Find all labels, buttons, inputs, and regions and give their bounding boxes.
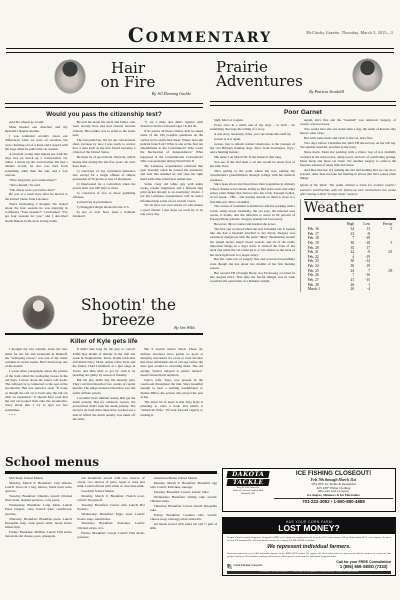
shootin-byline: By Jim Wills [174, 325, 195, 330]
weather-table-rows: Feb. 163413TFeb. 1723-8Feb. 187-18Feb. 1… [308, 227, 393, 292]
poor-garnet-column-2: Again, she's fine and the "baseball" was… [300, 118, 396, 464]
quote-of-the-week: Quote of the Week: "No walks without a l… [300, 183, 396, 196]
corn-ad-footer: Corn Farmer Lawyers Call for your FREE C… [227, 560, 391, 569]
page-body: Hair on Fire By Jill Denning Gackle Woul… [0, 53, 400, 588]
school-menus-rule [5, 471, 217, 473]
columnist-photo-patricia [353, 59, 382, 91]
section-title: Commentary [0, 25, 400, 45]
poor-garnet-headline: Poor Garnet [210, 109, 396, 116]
corn-ad-paragraph-2: Our team represents over 2,400 individua… [227, 552, 391, 559]
masthead-rule [5, 333, 203, 335]
columnist-photo-jim [23, 296, 54, 329]
weather-title: Weather [304, 201, 396, 216]
hair-title-line2: on Fire [89, 75, 167, 89]
corn-ad-headline: LOST MONEY? [223, 524, 395, 533]
kyle-headline: Killer of Kyle gets life [5, 338, 203, 345]
school-menu-anamoose-drake: Anamoose/Drake School MenusMonday, March… [150, 476, 217, 588]
corn-ad-body: Despite China's refusal to approve Synge… [223, 534, 395, 574]
corn-firm-name: Corn Farmer Lawyers [234, 564, 263, 567]
hair-on-fire-title: Hair on Fire [89, 57, 167, 90]
corn-farm-ad: HAS YOUR CORN FARM LOST MONEY? Despite C… [222, 517, 396, 576]
shootin-the-breeze-masthead: Shootin' the breeze By Jim Wills [5, 293, 203, 331]
poor-garnet-article: Sigh. She's at it again.Every once in a … [210, 118, 396, 464]
poor-garnet-column-1: Sigh. She's at it again.Every once in a … [210, 118, 295, 464]
school-menus-body: McClusky School MenusMonday, March 9: Br… [5, 476, 217, 588]
corn-ad-slogan: We represent individual farmers. [227, 544, 391, 550]
dakota-logo-line2: TACKLE [226, 479, 269, 486]
newspaper-page: McClusky Gazette, Thursday, March 5, 201… [0, 0, 400, 600]
leaf-logo-icon [227, 564, 232, 569]
dakota-address-3: Bismarck, ND [225, 493, 271, 496]
ice-fishing-phone: 701-222-3092 • 1-800-880-4888 [274, 498, 393, 505]
school-menus-title: School menus [5, 455, 217, 469]
left-column-group: Hair on Fire By Jill Denning Gackle Woul… [5, 57, 203, 588]
citizenship-headline: Would you pass the citizenship test? [5, 111, 203, 118]
columnist-photo-jill [55, 60, 85, 93]
dakota-tackle-logo: DAKOTA TACKLE Hwy 83 N & Yukon Dr. North… [225, 471, 271, 509]
ice-fishing-ad-text: ICE FISHING CLOSEOUT! Feb. 9th through M… [274, 471, 393, 509]
corn-cta-line: Call for your FREE Consultation [336, 560, 391, 564]
masthead-rule [210, 101, 396, 106]
school-menu-mcclusky: McClusky School MenusMonday, March 9: Br… [5, 476, 72, 588]
hair-byline: By Jill Denning Gackle [5, 91, 191, 96]
corn-disclaimer: ATTORNEY ADVERTISEMENT — Prior results d… [227, 571, 391, 575]
weather-rule [304, 218, 396, 220]
ice-fishing-offer-3: Ice Augers, Minnows & Ice Electronics [274, 493, 393, 497]
prairie-adventures-masthead: Prairie Adventures By Patricia Stockdill [210, 57, 396, 99]
hair-on-fire-masthead: Hair on Fire By Jill Denning Gackle [5, 57, 203, 101]
corn-ad-paragraph-1: Despite China's refusal to approve Synge… [227, 536, 391, 543]
dakota-logo-line1: DAKOTA [226, 471, 269, 478]
right-column-group: Prairie Adventures By Patricia Stockdill… [210, 57, 396, 588]
school-menu-goodrich: All breakfasts served with two choices o… [77, 476, 144, 588]
prairie-title: Prairie Adventures [216, 57, 338, 89]
dateline: McClusky Gazette, Thursday, March 5, 201… [306, 30, 393, 35]
citizenship-article-body: And the wheels go 'round.Mine headed one… [5, 120, 203, 290]
school-menus-section: School menus McClusky School MenusMonday… [5, 455, 217, 587]
corn-firm: Corn Farmer Lawyers [227, 564, 262, 569]
corn-cta: Call for your FREE Consultation 1 (855) … [336, 560, 391, 569]
kyle-article-body: I thought my last column, about the new … [5, 347, 203, 451]
corn-phone: 1 (855) 666-SEED (7333) [336, 564, 391, 569]
weather-table: HighLowPrecip Feb. 163413TFeb. 1723-8Feb… [308, 222, 393, 291]
prairie-title-line2: Adventures [216, 74, 338, 88]
advertisements: DAKOTA TACKLE Hwy 83 N & Yukon Dr. North… [222, 468, 396, 576]
corn-ad-banner: HAS YOUR CORN FARM LOST MONEY? [223, 518, 395, 534]
poor-garnet-column-2-text: Again, she's fine and the "baseball" was… [300, 118, 396, 181]
ice-fishing-ad: DAKOTA TACKLE Hwy 83 N & Yukon Dr. North… [222, 468, 396, 512]
masthead-rule [5, 103, 203, 108]
weather-box: Weather HighLowPrecip Feb. 163413TFeb. 1… [300, 199, 396, 291]
